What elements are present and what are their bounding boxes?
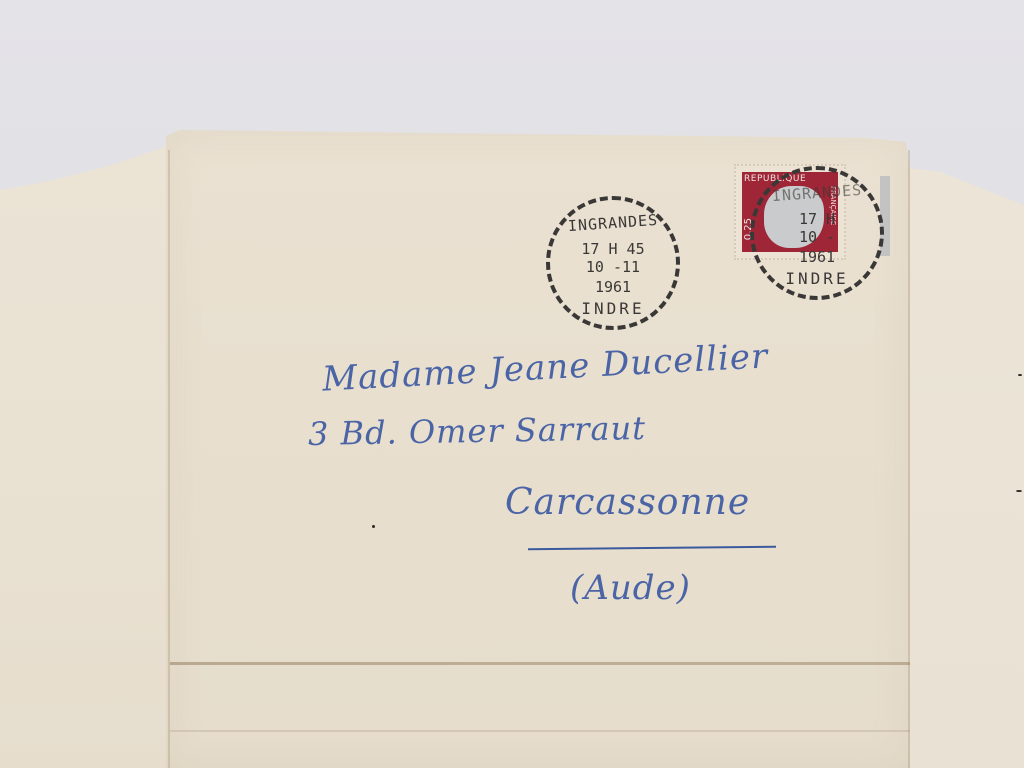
ink-speck	[1018, 374, 1022, 376]
letter-right-panel	[900, 0, 1024, 768]
vertical-fold-left	[168, 150, 170, 768]
postmark-year: 1961	[754, 248, 880, 266]
postmark-date: 10 -11	[550, 258, 676, 276]
vertical-fold-right	[908, 150, 910, 768]
horizontal-crease	[170, 730, 910, 732]
postmark-city: INGRANDES	[754, 180, 881, 207]
ink-speck	[1016, 490, 1022, 492]
postmark-department: INDRE	[550, 299, 676, 318]
postmark-stamp-cancel: INGRANDES 17 H 10 - 1961 INDRE	[750, 166, 884, 300]
horizontal-fold	[170, 662, 910, 665]
letter-left-panel	[0, 0, 170, 768]
ink-speck	[372, 525, 375, 528]
postmark-year: 1961	[550, 278, 676, 296]
address-city: Carcassonne	[505, 482, 750, 523]
postmark-date: 10 -	[754, 228, 880, 246]
address-street: 3 Bd. Omer Sarraut	[308, 409, 647, 453]
postmark-main: INGRANDES 17 H 45 10 -11 1961 INDRE	[546, 196, 680, 330]
postmark-department: INDRE	[754, 269, 880, 288]
postmark-time: 17 H 45	[550, 240, 676, 258]
address-department: (Aude)	[570, 568, 691, 608]
postmark-city: INGRANDES	[550, 210, 677, 237]
postmark-time: 17 H	[754, 210, 880, 228]
